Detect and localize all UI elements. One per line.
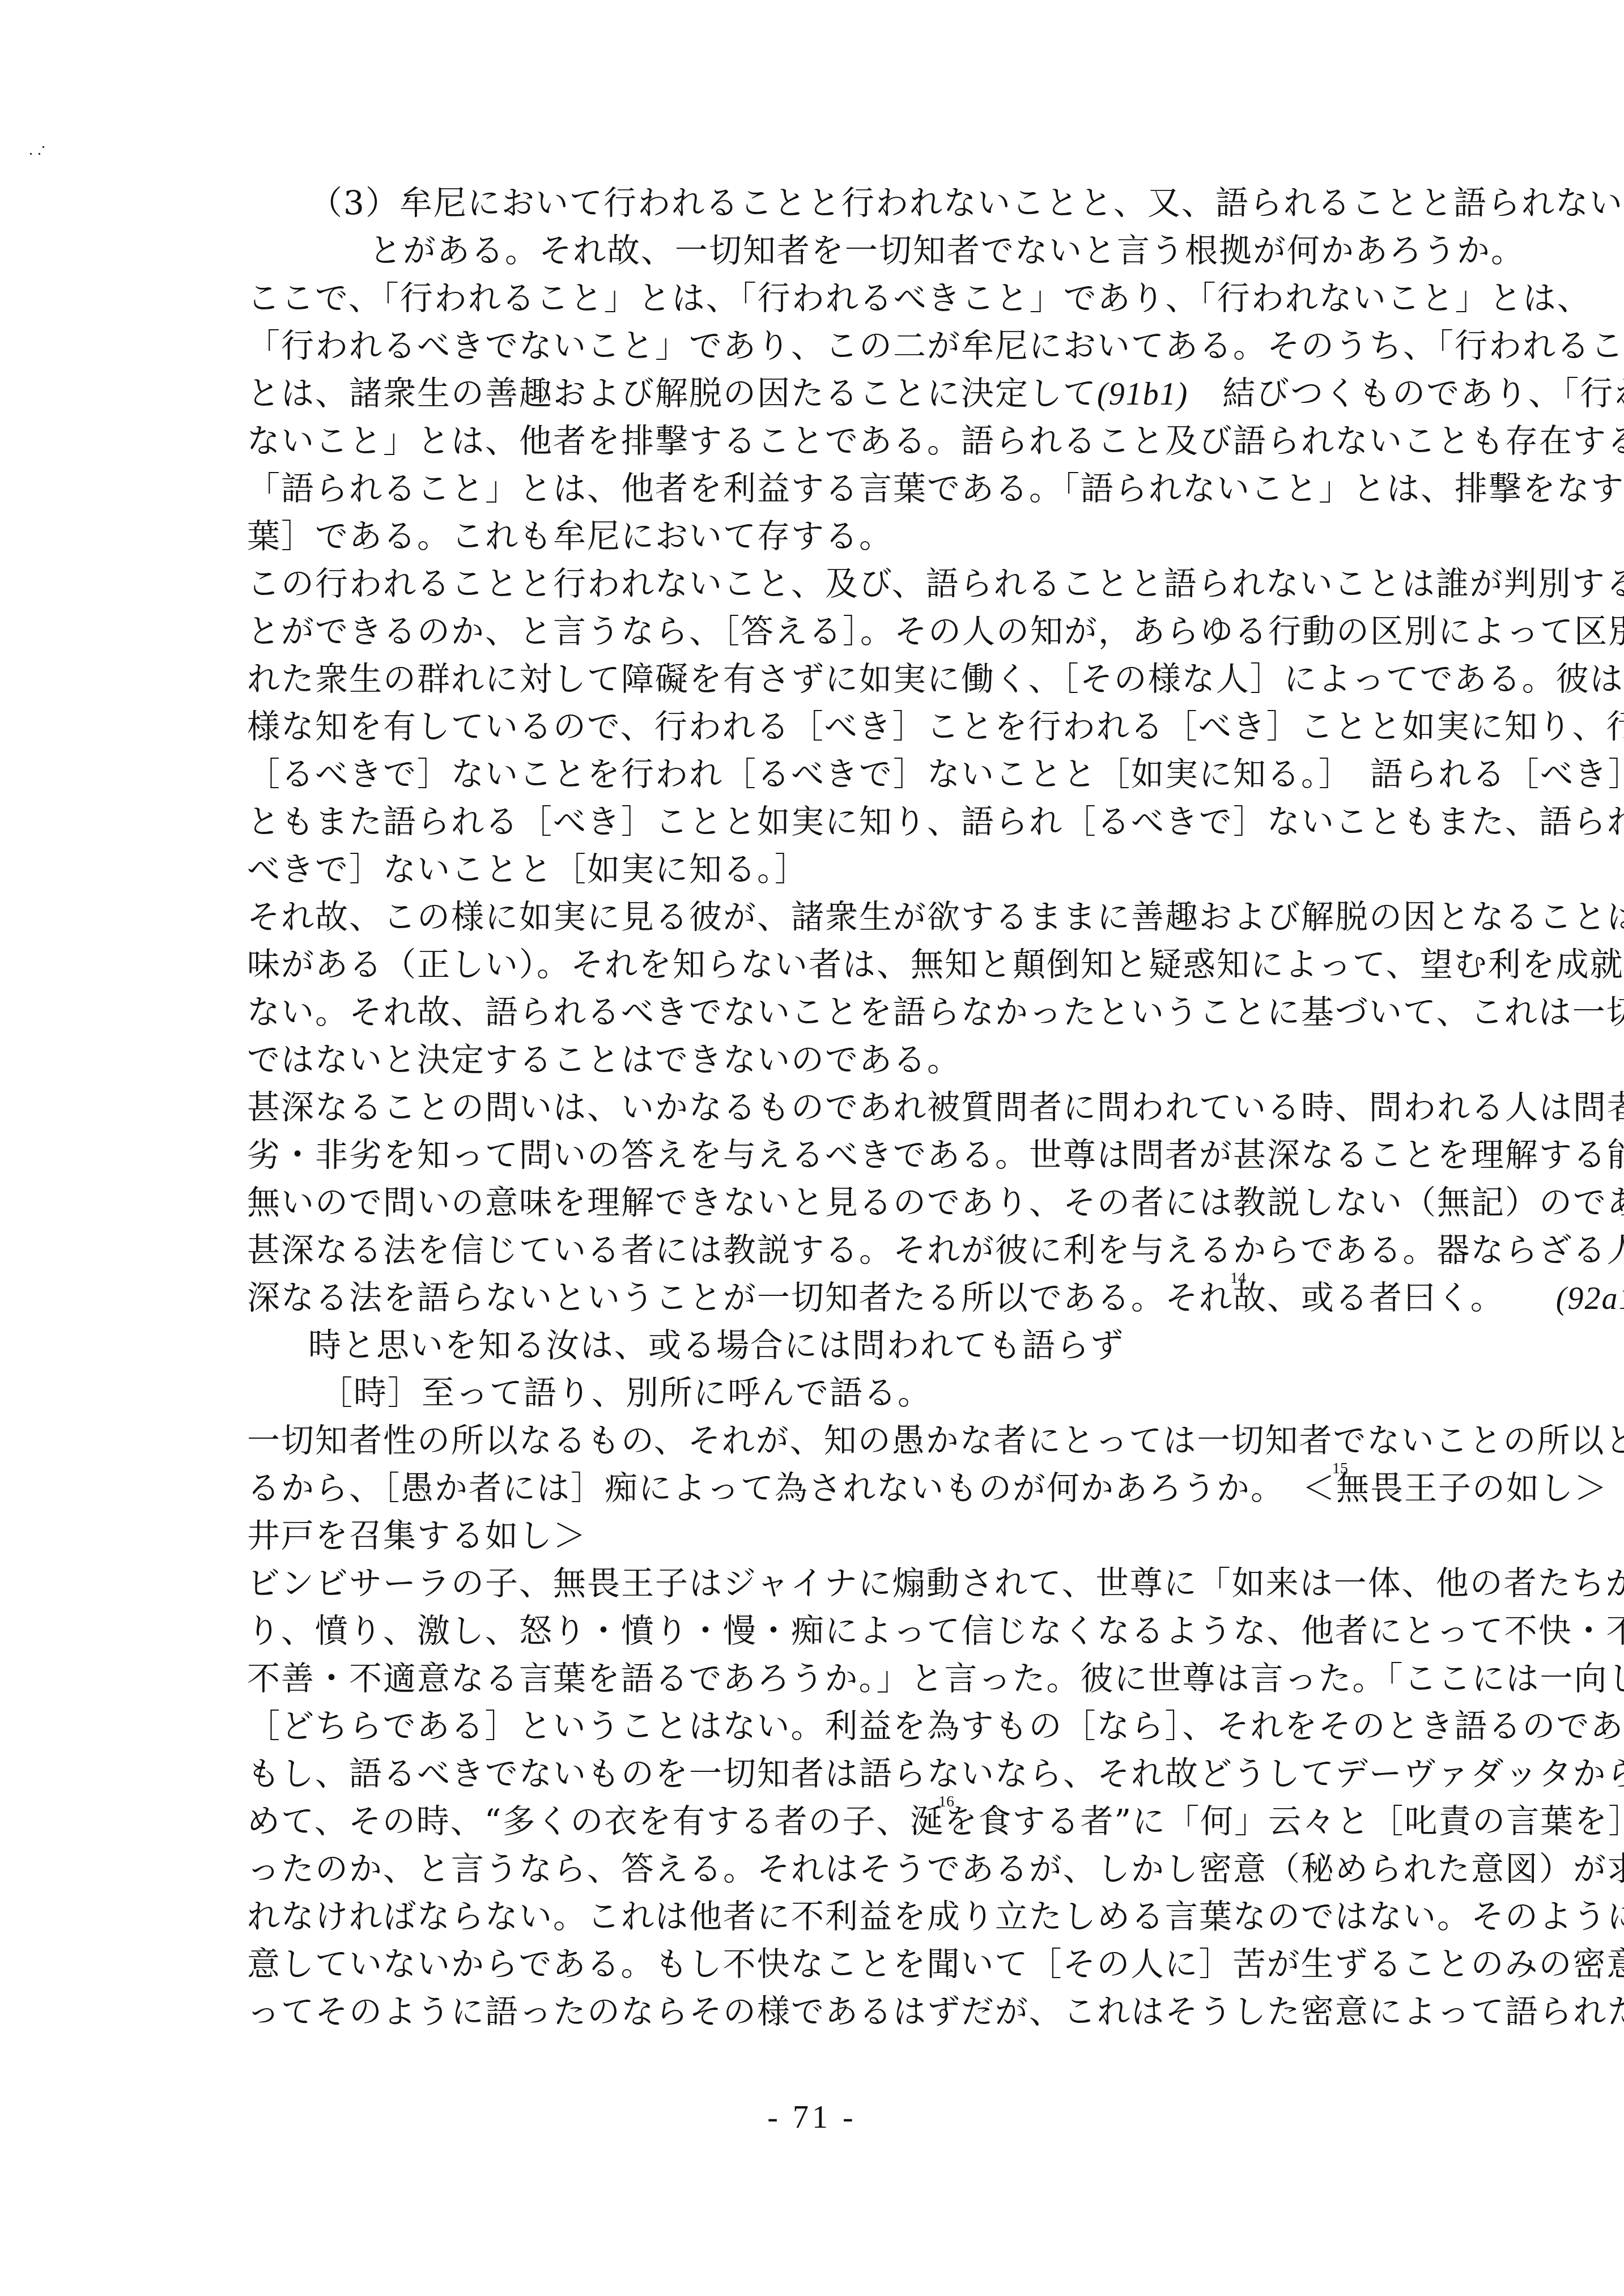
body-line: もし、語るべきでないものを一切知者は語らないなら、それ故どうしてデーヴァダッタか…: [247, 1750, 1403, 1797]
body-line-with-ref: とは、諸衆生の善趣および解脱の因たることに決定して(91b1) 結びつくものであ…: [247, 369, 1403, 417]
body-line: れなければならない。これは他者に不利益を成り立たしめる言葉なのではない。そのよう…: [247, 1893, 1403, 1940]
scan-speck: [42, 146, 44, 148]
body-line: めて、その時、“多くの衣を有する者の子、涎を食する者”に「何」云々と［叱責の言葉…: [247, 1797, 1403, 1845]
body-line: 劣・非劣を知って問いの答えを与えるべきである。世尊は問者が甚深なることを理解する…: [247, 1131, 1403, 1179]
body-line: ない。それ故、語られるべきでないことを語らなかったということに基づいて、これは一…: [247, 988, 1403, 1036]
section-heading-line: （3）牟尼において行われることと行われないことと、又、語られることと語られないこ…: [247, 179, 1403, 227]
footnote-marker: 14: [1230, 1270, 1246, 1286]
body-text: とは、諸衆生の善趣および解脱の因たることに決定して: [247, 374, 1097, 413]
body-text: 結びつくものであり、「行われ: [1222, 374, 1624, 413]
body-line: 一切知者性の所以なるもの、それが、知の愚かな者にとっては一切知者でないことの所以…: [247, 1417, 1403, 1464]
body-line: ではないと決定することはできないのである。: [247, 1036, 1403, 1083]
scan-speck: [30, 153, 32, 155]
body-line: 「行われるべきでないこと」であり、この二が牟尼においてある。そのうち、「行われる…: [247, 322, 1403, 369]
body-line: ったのか、と言うなら、答える。それはそうであるが、しかし密意（秘められた意図）が…: [247, 1845, 1403, 1893]
footnote-marker: 15: [1332, 1461, 1348, 1477]
body-line: 意していないからである。もし不快なことを聞いて［その人に］苦が生ずることのみの密…: [247, 1940, 1403, 1988]
body-line: るから、［愚か者には］痴によって為されないものが何かあろうか。 ＜無畏王子の如し…: [247, 1464, 1403, 1512]
body-text: 深なる法を語らないということが一切知者たる所以である。それ故、或る者曰く。: [247, 1278, 1488, 1317]
body-line: 味がある（正しい）。それを知らない者は、無知と顛倒知と疑惑知によって、望む利を成…: [247, 941, 1403, 988]
body-line: ともまた語られる［べき］ことと如実に知り、語られ［るべきで］ないこともまた、語ら…: [247, 798, 1403, 845]
body-text: めて、その時、“多くの衣を有する者の子、涎を食する者”に「何」云々と［叱責の言葉…: [247, 1802, 1624, 1840]
footnote-marker: 16: [938, 1794, 954, 1810]
verse-line: 時と思いを知る汝は、或る場合には問われても語らず: [247, 1321, 1403, 1369]
body-line: 井戸を召集する如し＞: [247, 1512, 1403, 1559]
body-line: ［どちらである］ということはない。利益を為すもの［なら］、それをそのとき語るので…: [247, 1702, 1403, 1750]
body-line: ビンビサーラの子、無畏王子はジャイナに煽動されて、世尊に「如来は一体、他の者たち…: [247, 1559, 1403, 1607]
folio-reference: (91b1): [1097, 377, 1188, 412]
section-heading-line: とがある。それ故、一切知者を一切知者でないと言う根拠が何かあろうか。: [247, 227, 1403, 274]
page-number: - 71 -: [0, 2099, 1624, 2136]
body-line: ってそのように語ったのならその様であるはずだが、これはそうした密意によって語られ…: [247, 1988, 1403, 2035]
body-line: ないこと」とは、他者を排撃することである。語られること及び語られないことも存在す…: [247, 417, 1403, 465]
body-text: るから、［愚か者には］痴によって為されないものが何かあろうか。 ＜無畏王子の如し…: [247, 1469, 1624, 1507]
folio-reference: (92a1): [1556, 1281, 1624, 1316]
body-line: とができるのか、と言うなら、［答える］。その人の知が，あらゆる行動の区別によって…: [247, 607, 1403, 655]
body-line: 「語られること」とは、他者を利益する言葉である。「語られないこと」とは、排撃をな…: [247, 465, 1403, 512]
body-line: 甚深なる法を信じている者には教説する。それが彼に利を与えるからである。器ならざる…: [247, 1226, 1403, 1274]
body-line: れた衆生の群れに対して障礙を有さずに如実に働く、［その様な人］によってである。彼…: [247, 655, 1403, 703]
body-line: り、憤り、激し、怒り・憤り・慢・痴によって信じなくなるような、他者にとって不快・…: [247, 1607, 1403, 1655]
scan-speck: [39, 153, 40, 155]
body-line: 不善・不適意なる言葉を語るであろうか。」と言った。彼に世尊は言った。「ここには一…: [247, 1655, 1403, 1702]
body-line-with-ref: 深なる法を語らないということが一切知者たる所以である。それ故、或る者曰く。 (9…: [247, 1274, 1403, 1321]
body-line: この行われることと行われないこと、及び、語られることと語られないことは誰が判別す…: [247, 560, 1403, 607]
body-line: それ故、この様に如実に見る彼が、諸衆生が欲するままに善趣および解脱の因となること…: [247, 893, 1403, 941]
body-line: べきで］ないことと［如実に知る。］: [247, 845, 1403, 893]
body-line: ここで、「行われること」とは、「行われるべきこと」であり、「行われないこと」とは…: [247, 274, 1403, 322]
body-line: 葉］である。これも牟尼において存する。: [247, 512, 1403, 560]
body-line: 無いので問いの意味を理解できないと見るのであり、その者には教説しない（無記）ので…: [247, 1179, 1403, 1226]
body-line: 様な知を有しているので、行われる［べき］ことを行われる［べき］ことと如実に知り、…: [247, 703, 1403, 750]
body-line: 甚深なることの問いは、いかなるものであれ被質問者に問われている時、問われる人は問…: [247, 1083, 1403, 1131]
body-line: ［るべきで］ないことを行われ［るべきで］ないことと［如実に知る。］ 語られる［べ…: [247, 750, 1403, 798]
main-text: （3）牟尼において行われることと行われないことと、又、語られることと語られないこ…: [247, 179, 1403, 2035]
verse-line: ［時］至って語り、別所に呼んで語る。: [247, 1369, 1403, 1417]
document-page: （3）牟尼において行われることと行われないことと、又、語られることと語られないこ…: [0, 0, 1624, 2296]
